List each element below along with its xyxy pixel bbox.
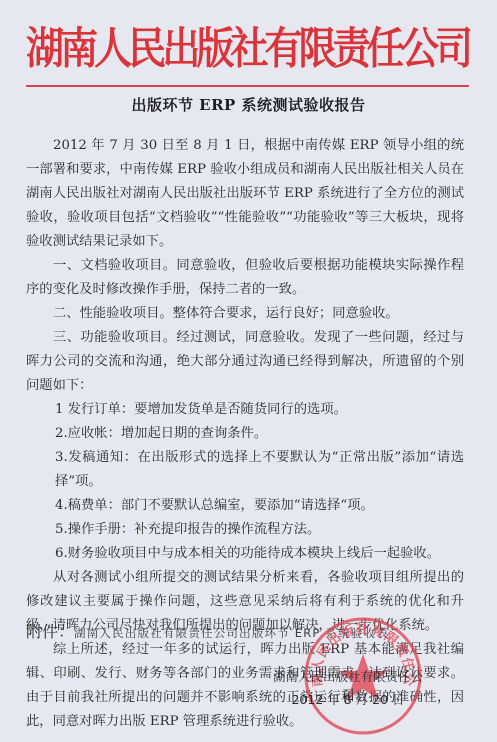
document-title: 出版环节 ERP 系统测试验收报告 (0, 94, 497, 115)
letterhead-char: 任 (367, 12, 401, 75)
letterhead-char: 社 (230, 12, 264, 75)
issue-item: 4.稿费单：部门不要默认总编室，要添加“请选择“项。 (26, 494, 464, 518)
letterhead-char: 限 (299, 12, 333, 75)
issue-item: 5.操作手册：补充提印报告的操作流程方法。 (26, 518, 464, 542)
attachment-label: 附件： (26, 622, 74, 641)
letterhead-char: 民 (128, 12, 162, 75)
document-page: 湖 南 人 民 出 版 社 有 限 责 任 公 司 出版环节 ERP 系统测试验… (0, 0, 497, 742)
signature-date: 2012 年 8 月 20 日 (268, 690, 428, 708)
issue-item: 3.发稿通知：在出版形式的选择上不要默认为“正常出版”添加“请选择”项。 (26, 446, 464, 494)
letterhead-divider (26, 85, 469, 87)
section-performance-acceptance: 二、性能验收项目。整体符合要求，运行良好；同意验收。 (26, 302, 464, 326)
issue-item: 6.财务验收项目中与成本相关的功能待成本模块上线后一起验收。 (26, 542, 464, 566)
issue-item: 2.应收帐：增加起日期的查询条件。 (26, 422, 464, 446)
section-document-acceptance: 一、文档验收项目。同意验收，但验收后要根据功能模块实际操作程序的变化及时修改操作… (26, 254, 464, 302)
issue-item: 1 发行订单：要增加发货单是否随货同行的选项。 (26, 398, 464, 422)
letterhead-char: 公 (401, 12, 435, 75)
letterhead-char: 南 (60, 12, 94, 75)
intro-paragraph: 2012 年 7 月 30 日至 8 月 1 日，根据中南传媒 ERP 领导小组… (26, 134, 464, 254)
letterhead-char: 司 (435, 12, 469, 75)
letterhead-company-name: 湖 南 人 民 出 版 社 有 限 责 任 公 司 (26, 14, 469, 74)
letterhead-char: 出 (162, 12, 196, 75)
letterhead-char: 责 (333, 12, 367, 75)
letterhead-char: 有 (265, 12, 299, 75)
letterhead-char: 湖 (26, 12, 60, 75)
letterhead-char: 人 (94, 12, 128, 75)
letterhead-char: 版 (196, 12, 230, 75)
section-function-acceptance: 三、功能验收项目。经过测试，同意验收。发现了一些问题，经过与晖力公司的交流和沟通… (26, 326, 464, 398)
